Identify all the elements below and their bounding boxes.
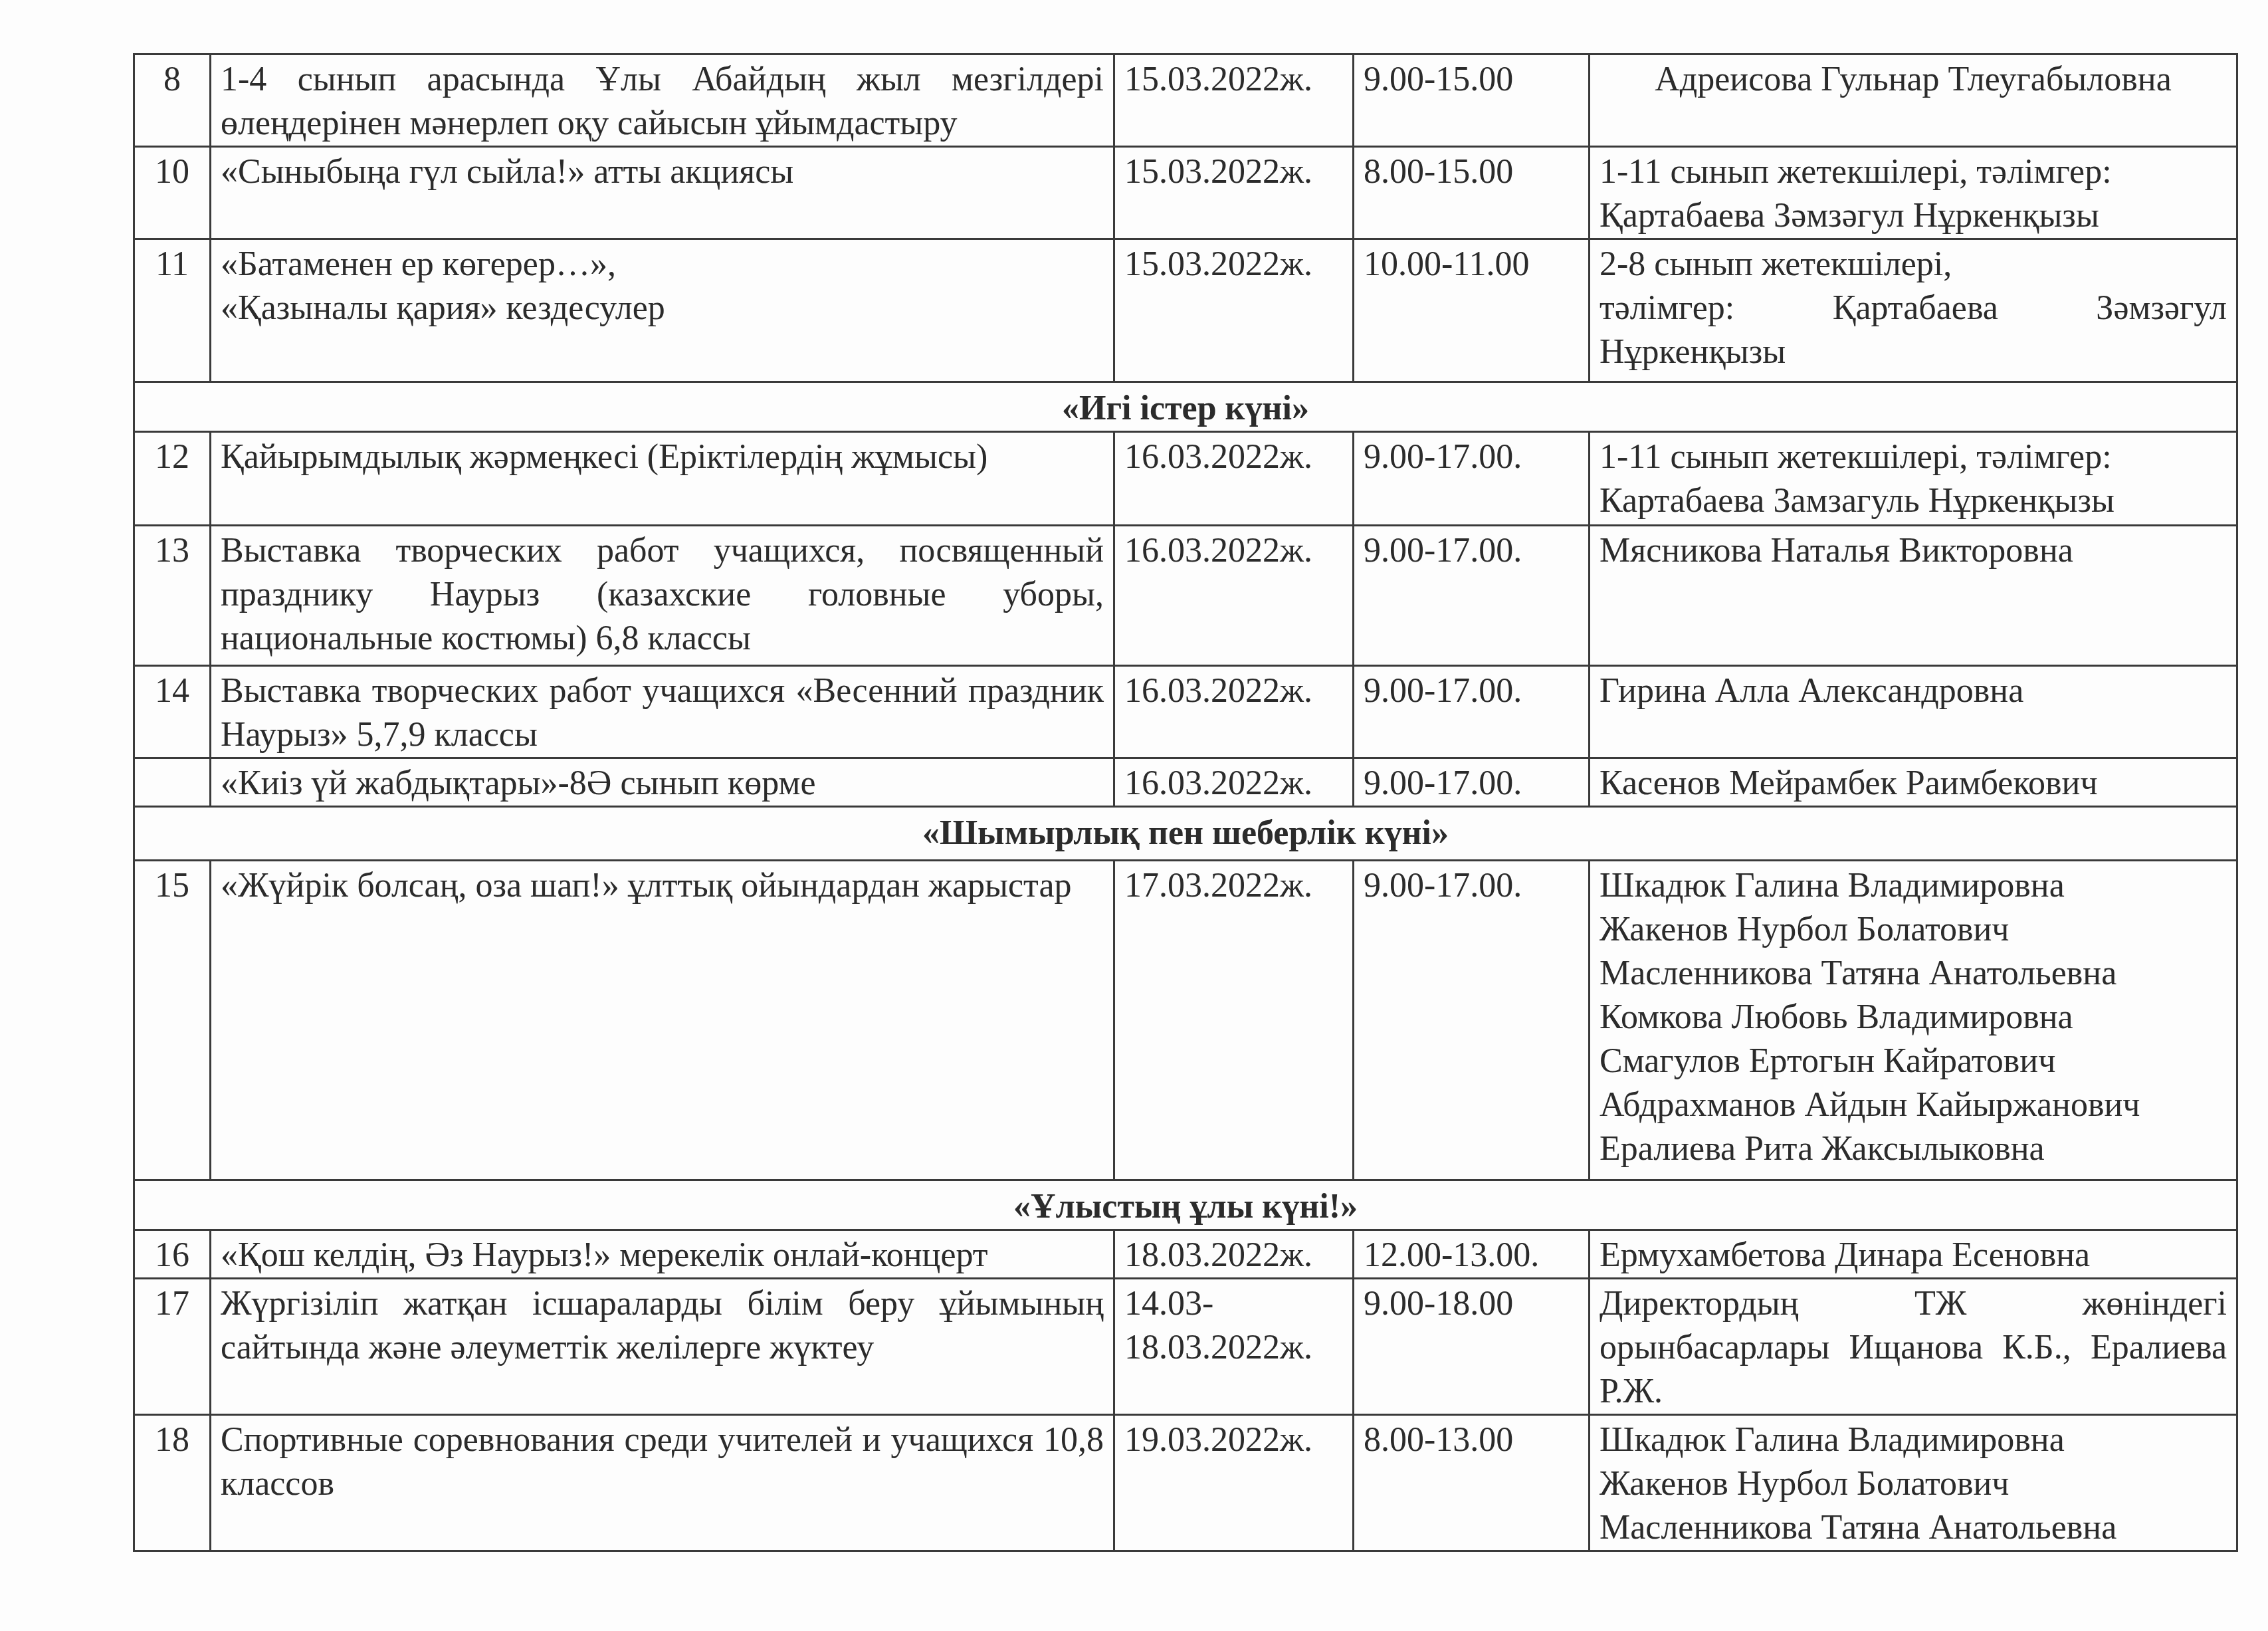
responsible-name: Масленникова Татяна Анатольевна: [1599, 952, 2227, 996]
responsible-name: Смагулов Ертогын Кайратович: [1599, 1039, 2227, 1083]
event-description: Қайырымдылық жәрмеңкесі (Еріктілердің жұ…: [211, 432, 1114, 526]
event-time: 8.00-13.00: [1354, 1415, 1590, 1551]
event-time: 9.00-17.00.: [1354, 432, 1590, 526]
event-description: «Сыныбыңа гүл сыйла!» атты акциясы: [211, 147, 1114, 239]
event-description: Выставка творческих работ учащихся «Весе…: [211, 666, 1114, 758]
event-time: 9.00-15.00: [1354, 54, 1590, 147]
responsible-persons: Директордың ТЖ жөніндегі орынбасарлары И…: [1590, 1279, 2237, 1415]
event-date: 16.03.2022ж.: [1114, 666, 1354, 758]
row-number: 15: [134, 861, 211, 1180]
event-date: 16.03.2022ж.: [1114, 526, 1354, 666]
row-number: 14: [134, 666, 211, 758]
responsible-name: Касенов Мейрамбек Раимбекович: [1599, 762, 2227, 806]
responsible-name: 1-11 сынып жетекшілері, тәлімгер:: [1599, 435, 2227, 479]
event-time: 9.00-17.00.: [1354, 861, 1590, 1180]
date-line: 14.03-: [1124, 1282, 1343, 1326]
section-title: «Игі істер күні»: [134, 382, 2237, 432]
event-description: «Батаменен ер көгерер…», «Қазыналы қария…: [211, 239, 1114, 382]
responsible-name: Ералиева Рита Жаксылыковна: [1599, 1127, 2227, 1171]
section-header-row: «Игі істер күні»: [134, 382, 2237, 432]
row-number: 18: [134, 1415, 211, 1551]
responsible-persons: Адреисова Гульнар Тлеугабыловна: [1590, 54, 2237, 147]
responsible-name: Картабаева Замзагуль Нұркенқызы: [1599, 479, 2227, 523]
table-row: 14 Выставка творческих работ учащихся «В…: [134, 666, 2237, 758]
section-title: «Ұлыстың ұлы күні!»: [134, 1180, 2237, 1230]
event-description: Жүргізіліп жатқан ісшараларды білім беру…: [211, 1279, 1114, 1415]
table-row: 16 «Қош келдің, Әз Наурыз!» мерекелік он…: [134, 1230, 2237, 1279]
responsible-persons: Ермухамбетова Динара Есеновна: [1590, 1230, 2237, 1279]
responsible-name: Нұркенқызы: [1599, 330, 2227, 374]
responsible-name: Масленникова Татяна Анатольевна: [1599, 1506, 2227, 1550]
responsible-name: Шкадюк Галина Владимировна: [1599, 864, 2227, 908]
responsible-name: Гирина Алла Александровна: [1599, 669, 2227, 713]
event-time: 9.00-17.00.: [1354, 666, 1590, 758]
event-time: 12.00-13.00.: [1354, 1230, 1590, 1279]
event-time: 8.00-15.00: [1354, 147, 1590, 239]
event-description: Спортивные соревнования среди учителей и…: [211, 1415, 1114, 1551]
row-number: 12: [134, 432, 211, 526]
responsible-persons: 2-8 сынып жетекшілері, тәлімгер: Қартаба…: [1590, 239, 2237, 382]
row-number: 11: [134, 239, 211, 382]
event-time: 9.00-17.00.: [1354, 758, 1590, 807]
section-header-row: «Шымырлық пен шеберлік күні»: [134, 807, 2237, 861]
event-schedule-table: 8 1-4 сынып арасында Ұлы Абайдың жыл мез…: [133, 53, 2238, 1552]
event-date: 19.03.2022ж.: [1114, 1415, 1354, 1551]
table-row: 18 Спортивные соревнования среди учителе…: [134, 1415, 2237, 1551]
table-row: 17 Жүргізіліп жатқан ісшараларды білім б…: [134, 1279, 2237, 1415]
row-number: [134, 758, 211, 807]
section-title: «Шымырлық пен шеберлік күні»: [134, 807, 2237, 861]
responsible-name: 1-11 сынып жетекшілері, тәлімгер:: [1599, 150, 2227, 194]
event-date: 18.03.2022ж.: [1114, 1230, 1354, 1279]
responsible-name: Жакенов Нурбол Болатович: [1599, 908, 2227, 952]
event-line: «Батаменен ер көгерер…»,: [221, 243, 1104, 286]
table-row: 15 «Жүйрік болсаң, оза шап!» ұлттық ойын…: [134, 861, 2237, 1180]
table-row: 12 Қайырымдылық жәрмеңкесі (Еріктілердің…: [134, 432, 2237, 526]
responsible-name: Жакенов Нурбол Болатович: [1599, 1462, 2227, 1506]
event-description: «Киіз үй жабдықтары»-8Ә сынып көрме: [211, 758, 1114, 807]
row-number: 13: [134, 526, 211, 666]
event-time: 9.00-17.00.: [1354, 526, 1590, 666]
responsible-persons: Гирина Алла Александровна: [1590, 666, 2237, 758]
responsible-name: Мясникова Наталья Викторовна: [1599, 529, 2227, 573]
row-number: 16: [134, 1230, 211, 1279]
event-time: 9.00-18.00: [1354, 1279, 1590, 1415]
responsible-name: 2-8 сынып жетекшілері,: [1599, 243, 2227, 286]
table-row: «Киіз үй жабдықтары»-8Ә сынып көрме 16.0…: [134, 758, 2237, 807]
row-number: 8: [134, 54, 211, 147]
responsible-name: Адреисова Гульнар Тлеугабыловна: [1599, 58, 2227, 102]
responsible-name: Комкова Любовь Владимировна: [1599, 996, 2227, 1039]
date-line: 18.03.2022ж.: [1124, 1326, 1343, 1370]
row-number: 10: [134, 147, 211, 239]
table-row: 10 «Сыныбыңа гүл сыйла!» атты акциясы 15…: [134, 147, 2237, 239]
responsible-persons: 1-11 сынып жетекшілері, тәлімгер: Картаб…: [1590, 432, 2237, 526]
table-row: 11 «Батаменен ер көгерер…», «Қазыналы қа…: [134, 239, 2237, 382]
responsible-persons: 1-11 сынып жетекшілері, тәлімгер: Қартаб…: [1590, 147, 2237, 239]
section-header-row: «Ұлыстың ұлы күні!»: [134, 1180, 2237, 1230]
responsible-name: тәлімгер: Қартабаева Зәмзәгул: [1599, 286, 2227, 330]
event-description: 1-4 сынып арасында Ұлы Абайдың жыл мезгі…: [211, 54, 1114, 147]
responsible-name: Қартабаева Зәмзәгул Нұркенқызы: [1599, 194, 2227, 238]
event-time: 10.00-11.00: [1354, 239, 1590, 382]
event-date: 16.03.2022ж.: [1114, 432, 1354, 526]
event-line: «Қазыналы қария» кездесулер: [221, 286, 1104, 330]
event-description: «Қош келдің, Әз Наурыз!» мерекелік онлай…: [211, 1230, 1114, 1279]
event-date: 15.03.2022ж.: [1114, 54, 1354, 147]
event-date: 16.03.2022ж.: [1114, 758, 1354, 807]
table-row: 13 Выставка творческих работ учащихся, п…: [134, 526, 2237, 666]
event-description: «Жүйрік болсаң, оза шап!» ұлттық ойындар…: [211, 861, 1114, 1180]
responsible-persons: Касенов Мейрамбек Раимбекович: [1590, 758, 2237, 807]
responsible-name: Шкадюк Галина Владимировна: [1599, 1418, 2227, 1462]
row-number: 17: [134, 1279, 211, 1415]
event-description: Выставка творческих работ учащихся, посв…: [211, 526, 1114, 666]
event-date: 15.03.2022ж.: [1114, 239, 1354, 382]
responsible-name: Абдрахманов Айдын Кайыржанович: [1599, 1083, 2227, 1127]
event-date: 14.03- 18.03.2022ж.: [1114, 1279, 1354, 1415]
table-row: 8 1-4 сынып арасында Ұлы Абайдың жыл мез…: [134, 54, 2237, 147]
responsible-persons: Шкадюк Галина Владимировна Жакенов Нурбо…: [1590, 861, 2237, 1180]
event-date: 15.03.2022ж.: [1114, 147, 1354, 239]
responsible-persons: Мясникова Наталья Викторовна: [1590, 526, 2237, 666]
responsible-name: Ермухамбетова Динара Есеновна: [1599, 1234, 2227, 1277]
responsible-persons: Шкадюк Галина Владимировна Жакенов Нурбо…: [1590, 1415, 2237, 1551]
event-date: 17.03.2022ж.: [1114, 861, 1354, 1180]
